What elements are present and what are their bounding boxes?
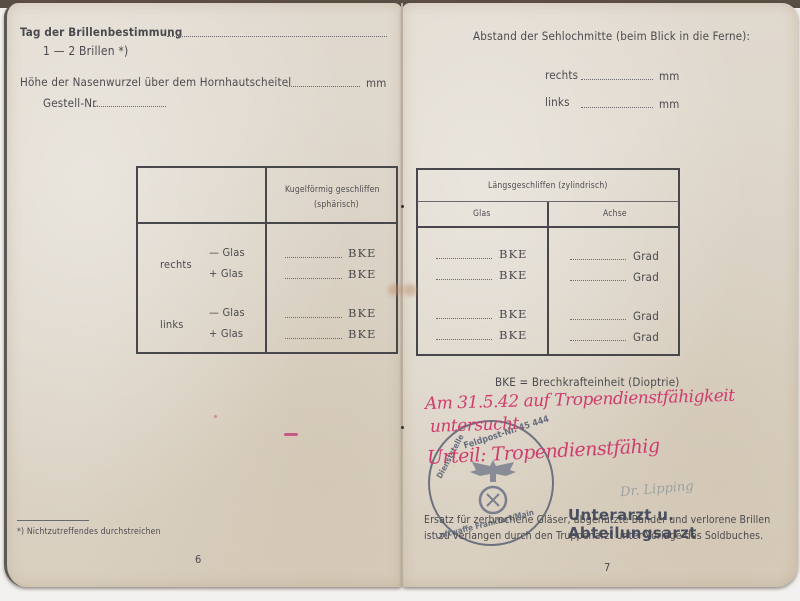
links-distance-line[interactable] <box>581 107 653 108</box>
gestell-field-line[interactable] <box>94 106 166 107</box>
side-label-rechts: rechts <box>160 258 192 271</box>
bke-unit: BKE <box>348 327 376 341</box>
spherical-header-sub: (sphärisch) <box>314 200 359 210</box>
table-divider <box>265 166 267 354</box>
binding-hole <box>401 205 404 208</box>
bke-unit: BKE <box>499 307 527 321</box>
gestell-nr-label: Gestell-Nr. <box>43 96 99 110</box>
sph-value-line[interactable] <box>285 257 342 258</box>
cyl-achse-line[interactable] <box>570 340 626 341</box>
book-spine <box>401 3 403 587</box>
bke-unit: BKE <box>348 246 376 260</box>
grad-unit: Grad <box>633 330 659 344</box>
bke-unit: BKE <box>348 267 376 281</box>
links-label: links <box>545 95 570 109</box>
brillen-count-label: 1 — 2 Brillen *) <box>43 44 128 58</box>
spherical-header: Kugelförmig geschliffen <box>285 185 380 195</box>
rechts-distance-line[interactable] <box>581 79 653 80</box>
col-achse: Achse <box>603 209 627 219</box>
distance-label: Abstand der Sehlochmitte (beim Blick in … <box>473 29 750 43</box>
paper-stain <box>403 284 417 296</box>
binding-hole <box>401 426 404 429</box>
handwriting-line-2: untersucht. <box>430 414 524 437</box>
bke-unit: BKE <box>499 328 527 342</box>
instructions-line-1: Ersatz für zerbrochene Gläser, abgenutzt… <box>424 514 770 526</box>
cyl-glas-line[interactable] <box>436 318 492 319</box>
sph-value-line[interactable] <box>285 278 342 279</box>
paper-stain <box>388 284 402 296</box>
hoehe-unit: mm <box>366 76 387 90</box>
lens-label: + Glas <box>209 327 243 340</box>
cyl-glas-line[interactable] <box>436 279 492 280</box>
bke-legend: BKE = Brechkrafteinheit (Dioptrie) <box>495 375 680 389</box>
page-number-right: 7 <box>604 561 611 574</box>
rechts-unit: mm <box>659 69 680 83</box>
hoehe-field-line[interactable] <box>287 86 360 87</box>
grad-unit: Grad <box>633 309 659 323</box>
table-divider <box>547 202 549 356</box>
side-label-links: links <box>160 318 184 331</box>
lens-label: + Glas <box>209 267 243 280</box>
sph-value-line[interactable] <box>285 317 342 318</box>
tag-field-line[interactable] <box>167 36 387 37</box>
cyl-glas-line[interactable] <box>436 258 492 259</box>
links-unit: mm <box>659 97 680 111</box>
page-number-left: 6 <box>195 553 202 566</box>
bke-unit: BKE <box>499 268 527 282</box>
instructions-line-2: ist zu verlangen durch den Truppenarzt u… <box>424 530 763 542</box>
footnote: *) Nichtzutreffendes durchstreichen <box>17 527 161 537</box>
official-stamp: Feldpost-Nr. 45 444 Dienststelle Luftwaf… <box>428 420 554 546</box>
ink-mark <box>214 415 217 418</box>
col-glas: Glas <box>473 209 491 219</box>
sph-value-line[interactable] <box>285 338 342 339</box>
cyl-achse-line[interactable] <box>570 259 626 260</box>
cylindrical-header: Längsgeschliffen (zylindrisch) <box>488 181 608 191</box>
bke-unit: BKE <box>348 306 376 320</box>
footnote-rule <box>17 520 89 521</box>
grad-unit: Grad <box>633 270 659 284</box>
hoehe-label: Höhe der Nasenwurzel über dem Hornhautsc… <box>20 75 291 89</box>
rechts-label: rechts <box>545 68 578 82</box>
bke-unit: BKE <box>499 247 527 261</box>
lens-label: — Glas <box>209 306 245 319</box>
ink-mark <box>284 433 298 436</box>
cyl-achse-line[interactable] <box>570 319 626 320</box>
lens-label: — Glas <box>209 246 245 259</box>
table-divider <box>136 222 398 224</box>
cyl-glas-line[interactable] <box>436 339 492 340</box>
cyl-achse-line[interactable] <box>570 280 626 281</box>
tag-der-brillenbestimmung-label: Tag der Brillenbestimmung <box>20 25 182 39</box>
grad-unit: Grad <box>633 249 659 263</box>
